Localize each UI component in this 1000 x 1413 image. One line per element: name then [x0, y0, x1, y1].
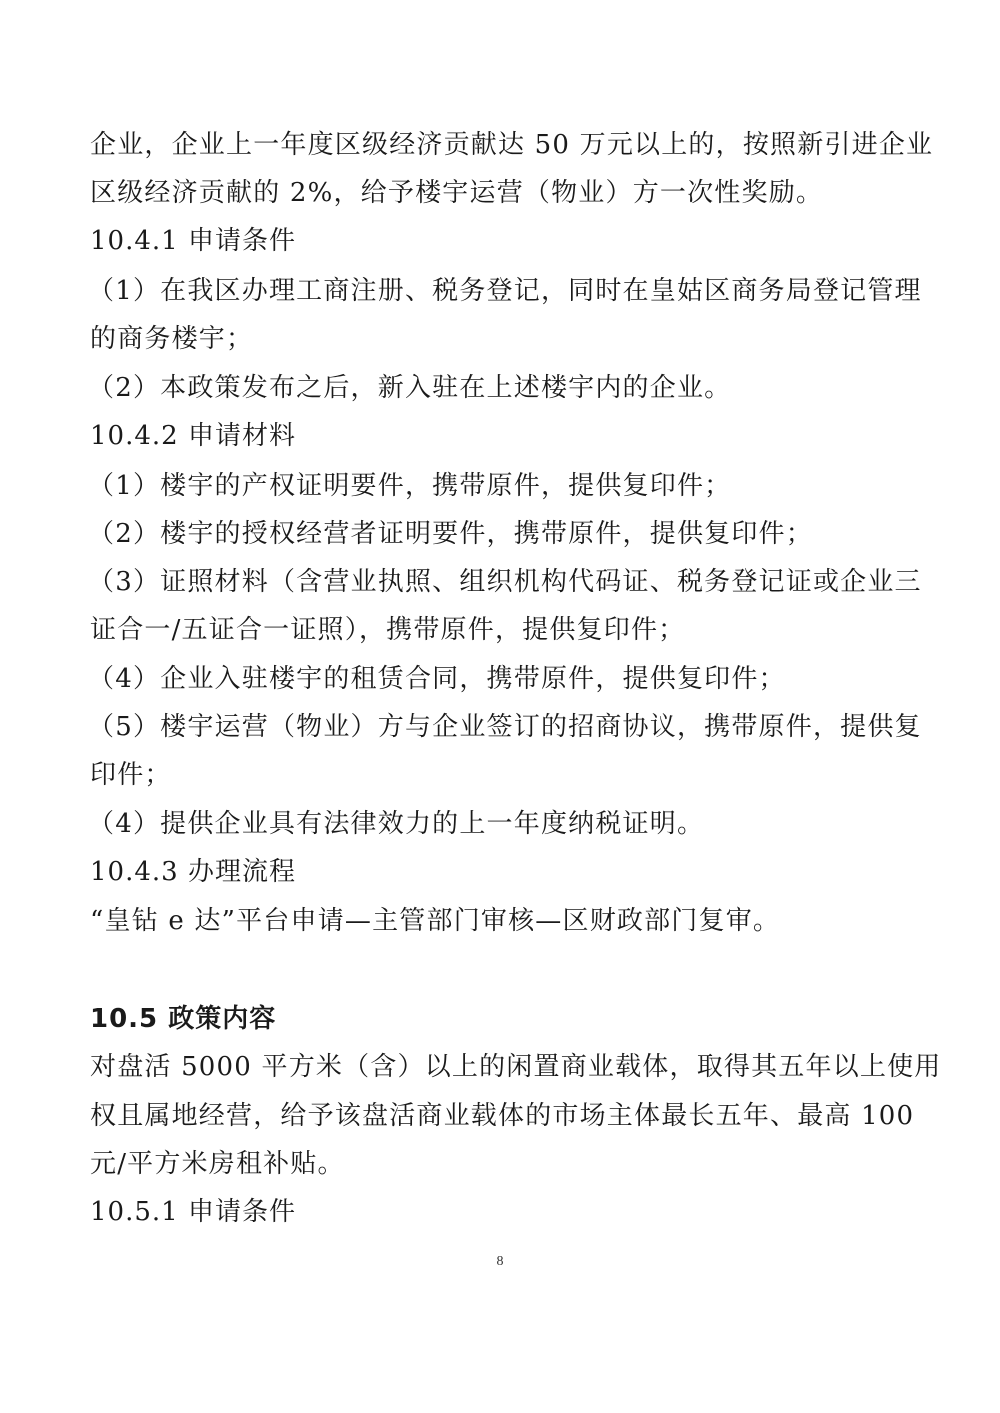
paragraph-line: 区级经济贡献的 2%，给予楼宇运营（物业）方一次性奖励。: [90, 178, 910, 208]
paragraph-line: 元/平方米房租补贴。: [90, 1149, 910, 1179]
list-item-condition-2: （2）本政策发布之后，新入驻在上述楼宇内的企业。: [88, 373, 908, 403]
paragraph-line: 企业，企业上一年度区级经济贡献达 50 万元以上的，按照新引进企业: [90, 130, 910, 160]
list-item-material-6: （4）提供企业具有法律效力的上一年度纳税证明。: [88, 809, 908, 839]
list-item-condition-1-cont: 的商务楼宇；: [90, 324, 910, 354]
process-flow-text: “皇钻 e 达”平台申请—主管部门审核—区财政部门复审。: [90, 906, 910, 936]
list-item-material-5: （5）楼宇运营（物业）方与企业签订的招商协议，携带原件，提供复: [88, 712, 908, 742]
list-item-condition-1: （1）在我区办理工商注册、税务登记，同时在皇姑区商务局登记管理: [88, 276, 908, 306]
section-heading-10-5-1: 10.5.1 申请条件: [90, 1197, 910, 1227]
document-page: 企业，企业上一年度区级经济贡献达 50 万元以上的，按照新引进企业 区级经济贡献…: [0, 0, 1000, 1413]
section-heading-10-4-3: 10.4.3 办理流程: [90, 857, 910, 887]
list-item-material-5-cont: 印件；: [90, 760, 910, 790]
section-heading-10-5: 10.5 政策内容: [90, 1004, 910, 1034]
paragraph-line: 对盘活 5000 平方米（含）以上的闲置商业载体，取得其五年以上使用: [90, 1052, 910, 1082]
page-number: 8: [0, 1254, 1000, 1270]
list-item-material-4: （4）企业入驻楼宇的租赁合同，携带原件，提供复印件；: [88, 664, 908, 694]
list-item-material-3: （3）证照材料（含营业执照、组织机构代码证、税务登记证或企业三: [88, 567, 908, 597]
section-heading-10-4-1: 10.4.1 申请条件: [90, 226, 910, 256]
list-item-material-2: （2）楼宇的授权经营者证明要件，携带原件，提供复印件；: [88, 519, 908, 549]
list-item-material-1: （1）楼宇的产权证明要件，携带原件，提供复印件；: [88, 471, 908, 501]
section-heading-10-4-2: 10.4.2 申请材料: [90, 421, 910, 451]
paragraph-line: 权且属地经营，给予该盘活商业载体的市场主体最长五年、最高 100: [90, 1101, 910, 1131]
list-item-material-3-cont: 证合一/五证合一证照），携带原件，提供复印件；: [90, 615, 910, 645]
